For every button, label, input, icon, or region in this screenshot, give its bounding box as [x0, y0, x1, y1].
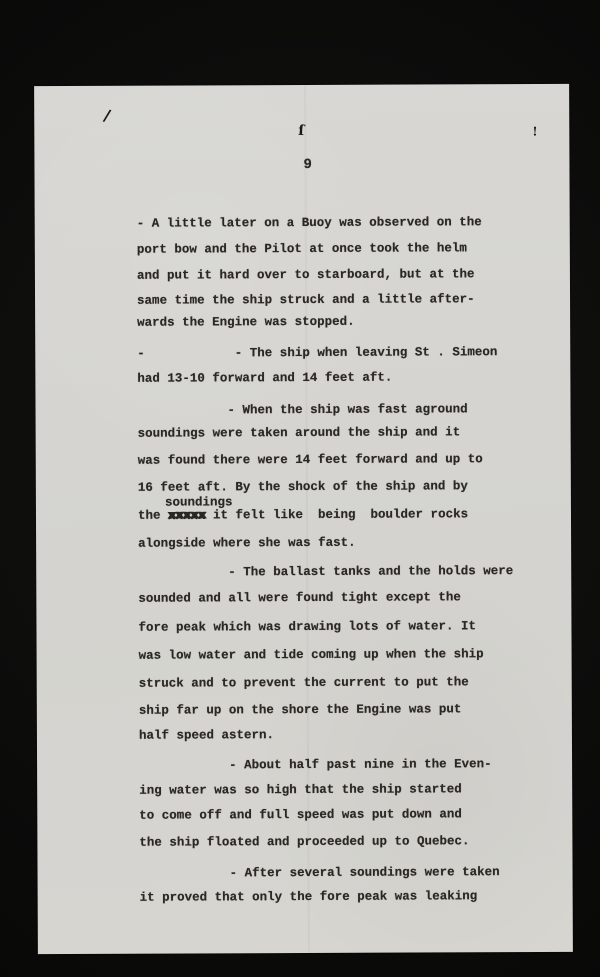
typed-correction-line: the xxxxx it felt like being boulder roc…: [138, 506, 468, 523]
correction-prefix: the: [138, 509, 168, 523]
typed-line: had 13-10 forward and 14 feet aft.: [137, 370, 392, 387]
typed-line: ship far up on the shore the Engine was …: [139, 701, 462, 718]
typed-line: alongside where she was fast.: [138, 535, 356, 552]
typed-line: wards the Engine was stopped.: [137, 314, 355, 331]
typed-line: port bow and the Pilot at once took the …: [137, 240, 467, 257]
typed-line: soundings were taken around the ship and…: [138, 424, 461, 441]
typed-line: - - The ship when leaving St . Simeon: [137, 344, 497, 362]
typed-line: was low water and tide coming up when th…: [139, 646, 484, 664]
typed-line: struck and to prevent the current to put…: [139, 674, 469, 691]
scanned-page: / ſ ¡ 9 - A little later on a Buoy was o…: [34, 84, 573, 954]
typed-line: and put it hard over to starboard, but a…: [137, 266, 475, 283]
typed-line: half speed astern.: [139, 727, 274, 744]
typed-line: - When the ship was fast aground: [137, 401, 467, 418]
overtyped-strikeout: xxxxx: [168, 508, 206, 522]
correction-suffix: it felt like being boulder rocks: [205, 507, 468, 522]
typed-line: - The ballast tanks and the holds were: [138, 563, 513, 581]
typed-text-layer: 9 - A little later on a Buoy was observe…: [34, 84, 573, 954]
typed-line: - A little later on a Buoy was observed …: [137, 214, 482, 232]
typed-line: fore peak which was drawing lots of wate…: [138, 618, 476, 635]
typed-line: - About half past nine in the Even-: [139, 756, 492, 774]
typed-line: sounded and all were found tight except …: [138, 589, 461, 606]
page-number: 9: [303, 157, 312, 173]
typed-line: was found there were 14 feet forward and…: [138, 451, 483, 469]
typed-line: the ship floated and proceeded up to Que…: [139, 833, 469, 850]
typed-line: it proved that only the fore peak was le…: [140, 888, 478, 905]
typed-line: 16 feet aft. By the shock of the ship an…: [138, 478, 468, 495]
film-frame: / ſ ¡ 9 - A little later on a Buoy was o…: [0, 0, 600, 977]
typed-line: ing water was so high that the ship star…: [139, 781, 462, 798]
typed-line: to come off and full speed was put down …: [139, 806, 462, 823]
typed-line: - After several soundings were taken: [140, 864, 500, 882]
typed-line: same time the ship struck and a little a…: [137, 291, 475, 308]
